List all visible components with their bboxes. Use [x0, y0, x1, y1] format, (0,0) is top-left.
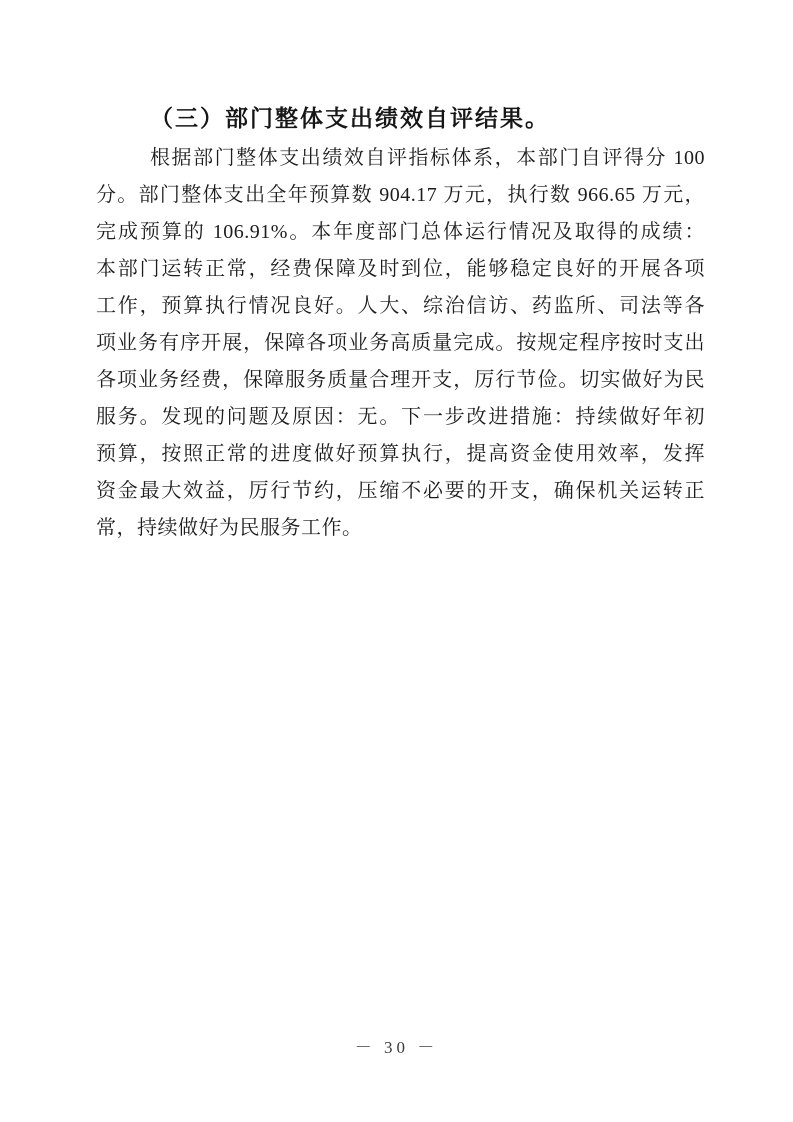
paragraph-line: 服务。发现的问题及原因：无。下一步改进措施：持续做好年初 — [96, 399, 705, 436]
paragraph-line: 分。部门整体支出全年预算数 904.17 万元，执行数 966.65 万元， — [96, 177, 705, 214]
section-heading: （三）部门整体支出绩效自评结果。 — [150, 100, 550, 133]
page-number: － 30 － — [0, 1033, 793, 1058]
paragraph-line: 各项业务经费，保障服务质量合理开支，厉行节俭。切实做好为民 — [96, 362, 705, 399]
paragraph-line: 完成预算的 106.91%。本年度部门总体运行情况及取得的成绩： — [96, 214, 705, 251]
paragraph-line: 根据部门整体支出绩效自评指标体系，本部门自评得分 100 — [96, 140, 705, 177]
document-page: （三）部门整体支出绩效自评结果。 根据部门整体支出绩效自评指标体系，本部门自评得… — [0, 0, 793, 1122]
paragraph-line: 常，持续做好为民服务工作。 — [96, 510, 705, 547]
paragraph-line: 项业务有序开展，保障各项业务高质量完成。按规定程序按时支出 — [96, 325, 705, 362]
paragraph-line: 资金最大效益，厉行节约，压缩不必要的开支，确保机关运转正 — [96, 473, 705, 510]
body-paragraph: 根据部门整体支出绩效自评指标体系，本部门自评得分 100 分。部门整体支出全年预… — [96, 140, 705, 547]
paragraph-line: 预算，按照正常的进度做好预算执行，提高资金使用效率，发挥 — [96, 436, 705, 473]
paragraph-line: 工作，预算执行情况良好。人大、综治信访、药监所、司法等各 — [96, 288, 705, 325]
paragraph-line: 本部门运转正常，经费保障及时到位，能够稳定良好的开展各项 — [96, 251, 705, 288]
